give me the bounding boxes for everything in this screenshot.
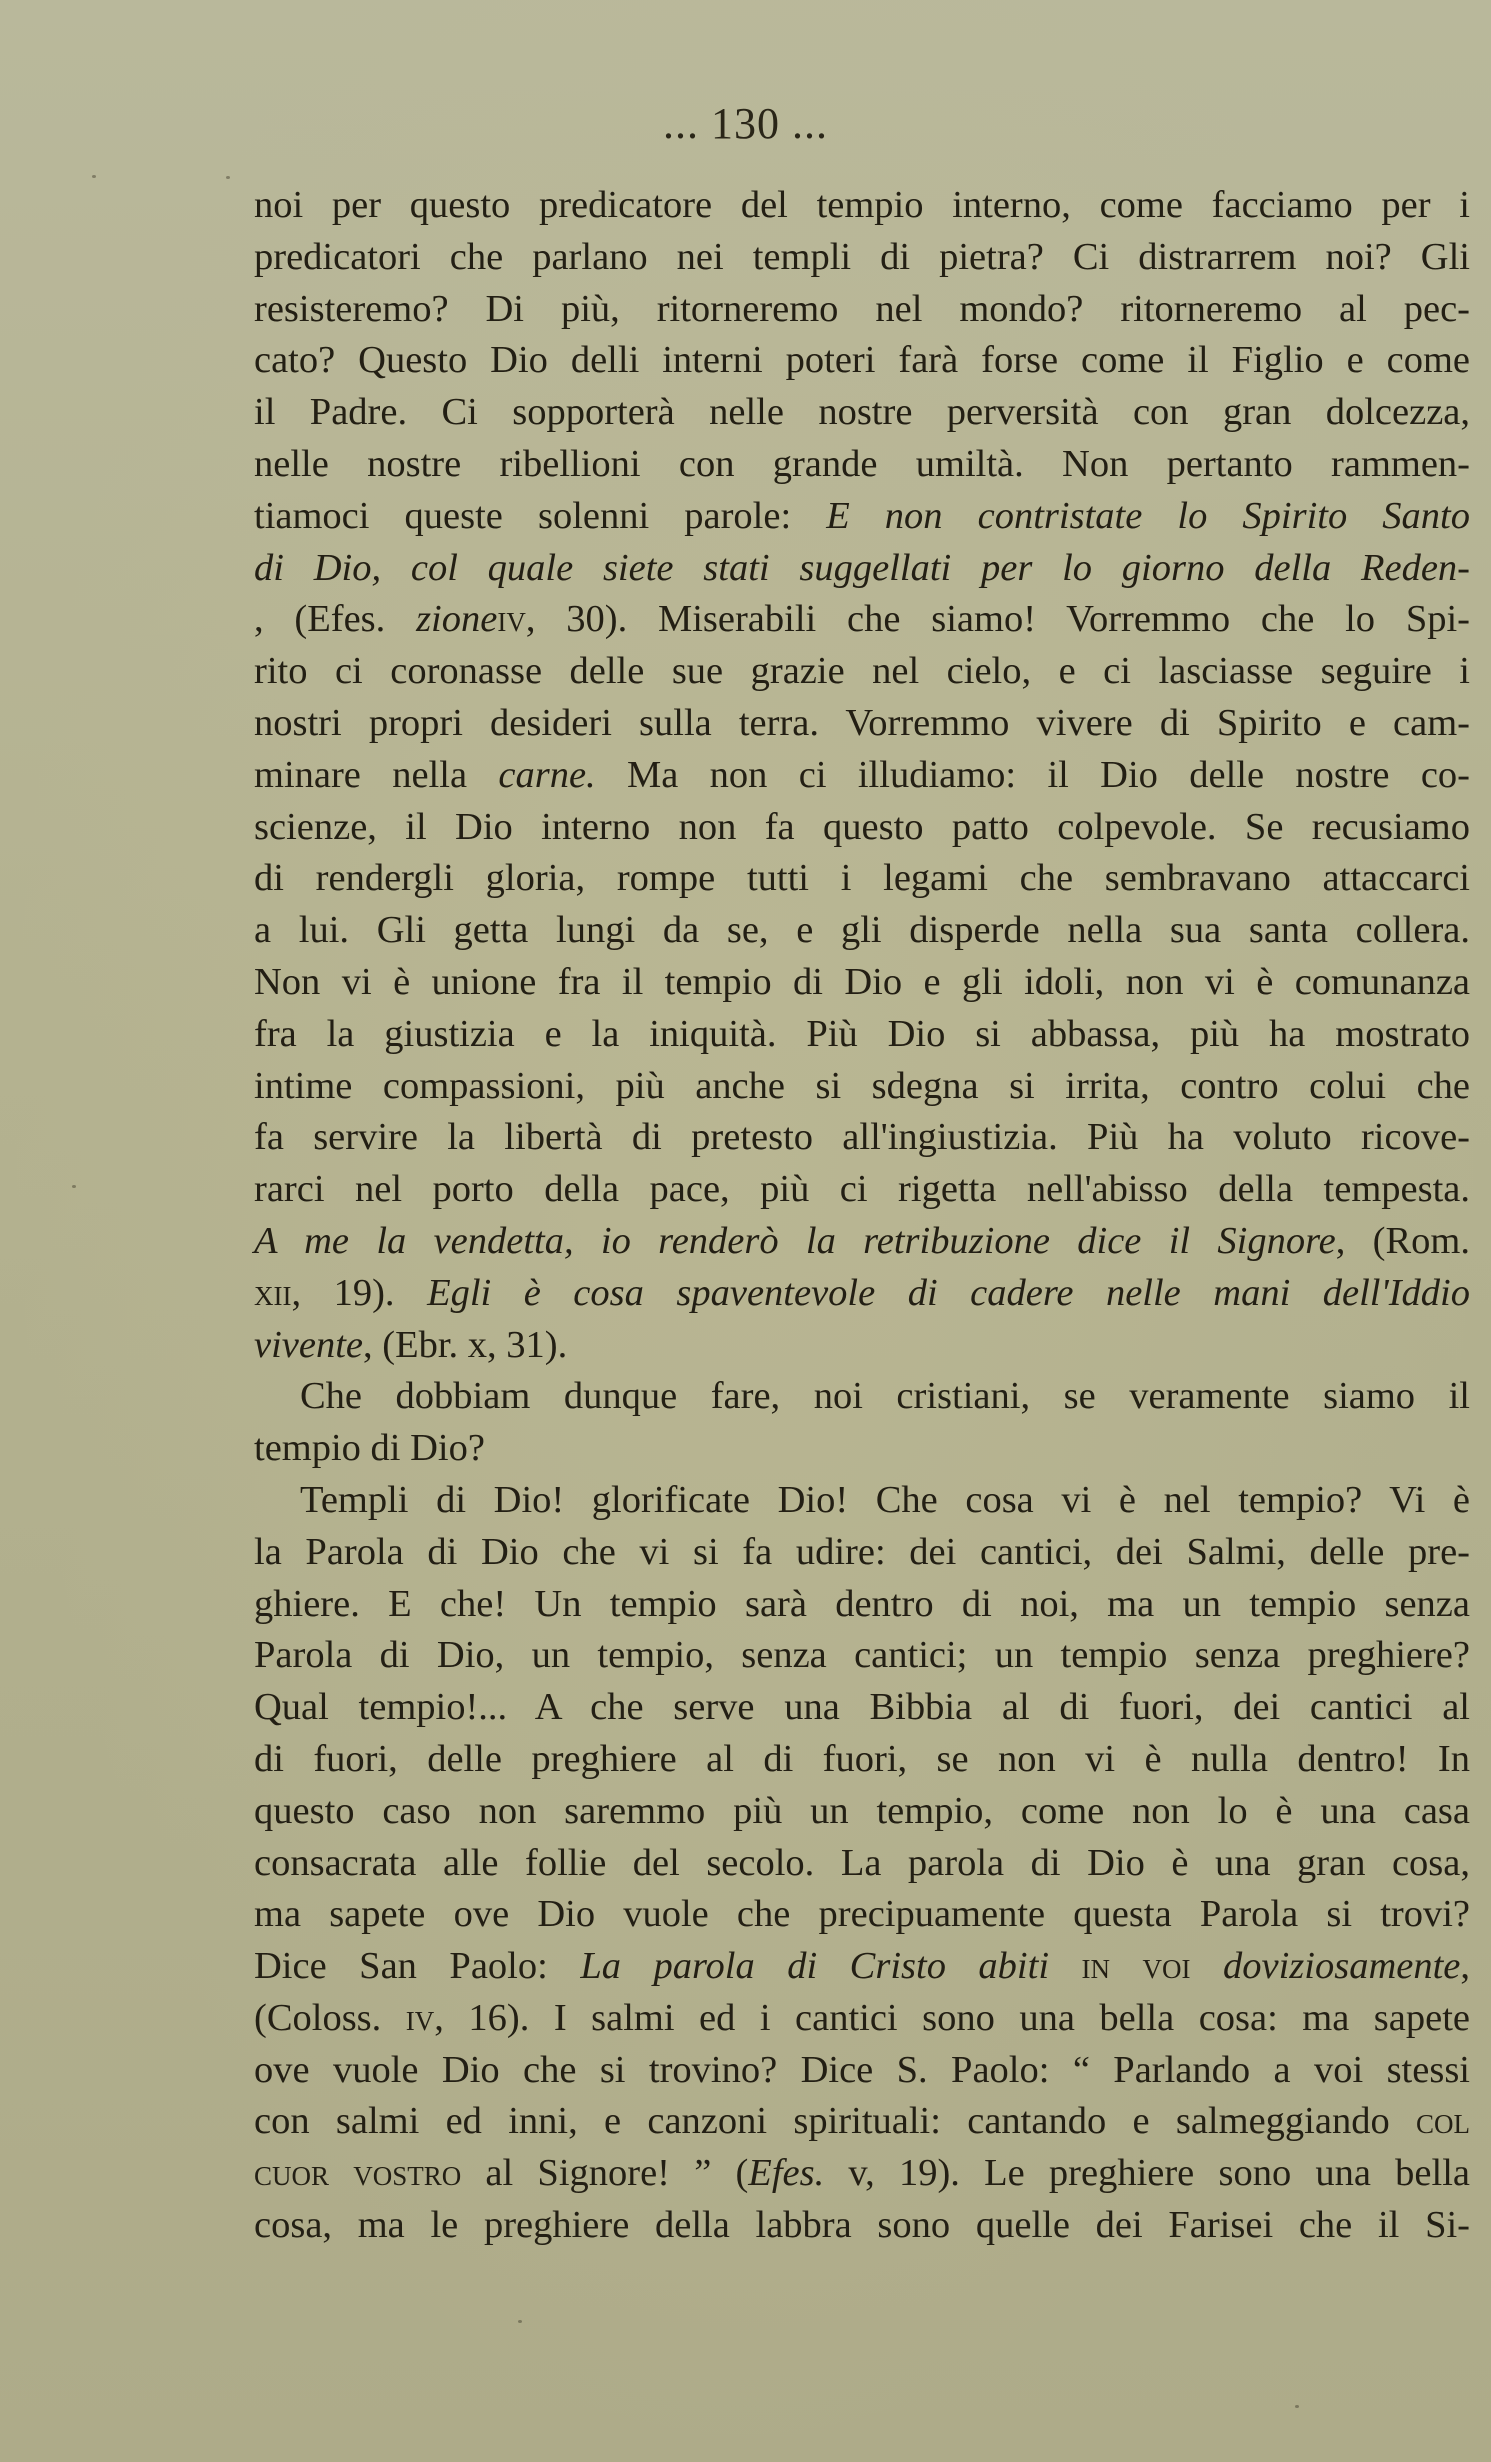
text-run: predicatori che parlano nei templi di pi… [254,236,1470,278]
text-line: a lui. Gli getta lungi da se, e gli disp… [254,905,1470,957]
text-run: tiamoci queste solenni parole: [254,495,826,537]
text-line: questo caso non saremmo più un tempio, c… [254,1786,1470,1838]
text-line: ghiere. E che! Un tempio sarà dentro di … [254,1579,1470,1631]
paper-speck [92,175,96,178]
text-line: rarci nel porto della pace, più ci riget… [254,1164,1470,1216]
small-caps-run: iv [497,598,526,640]
text-run: Non vi è unione fra il tempio di Dio e g… [254,961,1470,1003]
paper-speck [1295,2405,1299,2408]
italic-run: Egli è cosa spaventevole di cadere nelle… [427,1272,1470,1314]
text-run: al Signore! ” ( [461,2152,748,2194]
paper-speck [72,1185,76,1188]
text-line: rito ci coronasse delle sue grazie nel c… [254,646,1470,698]
text-run: , (Efes. [254,598,416,640]
small-caps-run: cuor vostro [254,2152,461,2194]
text-run: noi per questo predicatore del tempio in… [254,184,1470,226]
text-run: v, 19). Le preghiere sono una bella [824,2152,1470,2194]
text-line: predicatori che parlano nei templi di pi… [254,232,1470,284]
text-run: nelle nostre ribellioni con grande umilt… [254,443,1470,485]
text-line: Parola di Dio, un tempio, senza cantici;… [254,1630,1470,1682]
text-line: , (Efes. zioneiv, 30). Miserabili che si… [254,594,1470,646]
italic-run: A me la vendetta, io renderò la retribuz… [254,1220,1336,1262]
text-run: , (Rom. [1336,1220,1470,1262]
text-line: noi per questo predicatore del tempio in… [254,180,1470,232]
text-line: A me la vendetta, io renderò la retribuz… [254,1216,1470,1268]
text-run: Dice San Paolo: [254,1945,580,1987]
text-line: consacrata alle follie del secolo. La pa… [254,1838,1470,1890]
small-caps-run: in voi [1049,1945,1223,1987]
text-run: consacrata alle follie del secolo. La pa… [254,1842,1470,1884]
text-run: minare nella [254,754,498,796]
text-line: scienze, il Dio interno non fa questo pa… [254,802,1470,854]
text-line: cuor vostro al Signore! ” (Efes. v, 19).… [254,2148,1470,2200]
text-line: tiamoci queste solenni parole: E non con… [254,491,1470,543]
text-run: nostri propri desideri sulla terra. Vorr… [254,702,1470,744]
text-line: ove vuole Dio che si trovino? Dice S. Pa… [254,2045,1470,2097]
text-line: la Parola di Dio che vi si fa udire: dei… [254,1527,1470,1579]
italic-run: Efes. [748,2152,824,2194]
small-caps-run: col [1416,2100,1470,2142]
paper-speck [226,176,230,179]
italic-run: di Dio, col quale siete stati suggellati… [254,547,1470,589]
text-run: intime compassioni, più anche si sdegna … [254,1065,1470,1107]
text-run: , 16). I salmi ed i cantici sono una bel… [434,1997,1470,2039]
page-number: ... 130 ... [0,98,1491,149]
text-line: con salmi ed inni, e canzoni spirituali:… [254,2096,1470,2148]
text-run: questo caso non saremmo più un tempio, c… [254,1790,1470,1832]
text-run: fra la giustizia e la iniquità. Più Dio … [254,1013,1470,1055]
small-caps-run: xii [254,1272,291,1314]
text-line: Dice San Paolo: La parola di Cristo abit… [254,1941,1470,1993]
text-run: cosa, ma le preghiere della labbra sono … [254,2204,1470,2246]
text-run: resisteremo? Di più, ritorneremo nel mon… [254,288,1470,330]
text-line: fra la giustizia e la iniquità. Più Dio … [254,1009,1470,1061]
text-line: nelle nostre ribellioni con grande umilt… [254,439,1470,491]
text-line: Che dobbiam dunque fare, noi cristiani, … [254,1371,1470,1423]
text-line: minare nella carne. Ma non ci illudiamo:… [254,750,1470,802]
text-line: xii, 19). Egli è cosa spaventevole di ca… [254,1268,1470,1320]
text-line: di Dio, col quale siete stati suggellati… [254,543,1470,595]
text-run: cato? Questo Dio delli interni poteri fa… [254,339,1470,381]
text-run: fa servire la libertà di pretesto all'in… [254,1116,1470,1158]
text-line: Non vi è unione fra il tempio di Dio e g… [254,957,1470,1009]
text-line: vivente, (Ebr. x, 31). [254,1320,1470,1372]
text-run: Qual tempio!... A che serve una Bibbia a… [254,1686,1470,1728]
text-run: il Padre. Ci sopporterà nelle nostre per… [254,391,1470,433]
text-run: scienze, il Dio interno non fa questo pa… [254,806,1470,848]
text-run: Che dobbiam dunque fare, noi cristiani, … [300,1375,1470,1417]
italic-run: La parola di Cristo abiti [580,1945,1049,1987]
text-run: la Parola di Dio che vi si fa udire: dei… [254,1531,1470,1573]
text-run: ma sapete ove Dio vuole che precipuament… [254,1893,1470,1935]
text-line: cato? Questo Dio delli interni poteri fa… [254,335,1470,387]
text-run: Ma non ci illudiamo: il Dio delle nostre… [596,754,1470,796]
text-line: Qual tempio!... A che serve una Bibbia a… [254,1682,1470,1734]
text-run: di fuori, delle preghiere al di fuori, s… [254,1738,1470,1780]
text-run: a lui. Gli getta lungi da se, e gli disp… [254,909,1470,951]
text-line: (Coloss. iv, 16). I salmi ed i cantici s… [254,1993,1470,2045]
text-line: intime compassioni, più anche si sdegna … [254,1061,1470,1113]
text-line: ma sapete ove Dio vuole che precipuament… [254,1889,1470,1941]
text-run: rarci nel porto della pace, più ci riget… [254,1168,1470,1210]
text-run: , 19). [291,1272,427,1314]
paper-speck [518,2320,522,2323]
italic-run: E non contristate lo Spirito Santo [826,495,1470,537]
text-run: , 30). Miserabili che siamo! Vorremmo ch… [526,598,1470,640]
text-run: , [1460,1945,1470,1987]
text-run: ove vuole Dio che si trovino? Dice S. Pa… [254,2049,1470,2091]
small-caps-run: iv [406,1997,435,2039]
text-line: resisteremo? Di più, ritorneremo nel mon… [254,284,1470,336]
text-line: tempio di Dio? [254,1423,1470,1475]
italic-run: doviziosamente [1223,1945,1460,1987]
text-line: il Padre. Ci sopporterà nelle nostre per… [254,387,1470,439]
italic-run: carne. [498,754,595,796]
italic-run: vivente [254,1324,363,1366]
text-run: Templi di Dio! glorificate Dio! Che cosa… [300,1479,1470,1521]
text-run: , (Ebr. x, 31). [363,1324,567,1366]
text-run: ghiere. E che! Un tempio sarà dentro di … [254,1583,1470,1625]
italic-run: zione [416,598,497,640]
text-line: cosa, ma le preghiere della labbra sono … [254,2200,1470,2252]
text-run: con salmi ed inni, e canzoni spirituali:… [254,2100,1416,2142]
text-line: fa servire la libertà di pretesto all'in… [254,1112,1470,1164]
text-run: Parola di Dio, un tempio, senza cantici;… [254,1634,1470,1676]
text-run: rito ci coronasse delle sue grazie nel c… [254,650,1470,692]
scanned-book-page: ... 130 ... noi per questo predicatore d… [0,0,1491,2462]
text-run: di rendergli gloria, rompe tutti i legam… [254,857,1470,899]
text-line: Templi di Dio! glorificate Dio! Che cosa… [254,1475,1470,1527]
text-run: tempio di Dio? [254,1427,485,1469]
text-line: di rendergli gloria, rompe tutti i legam… [254,853,1470,905]
text-run: (Coloss. [254,1997,406,2039]
text-line: di fuori, delle preghiere al di fuori, s… [254,1734,1470,1786]
body-text: noi per questo predicatore del tempio in… [254,180,1470,2252]
text-line: nostri propri desideri sulla terra. Vorr… [254,698,1470,750]
